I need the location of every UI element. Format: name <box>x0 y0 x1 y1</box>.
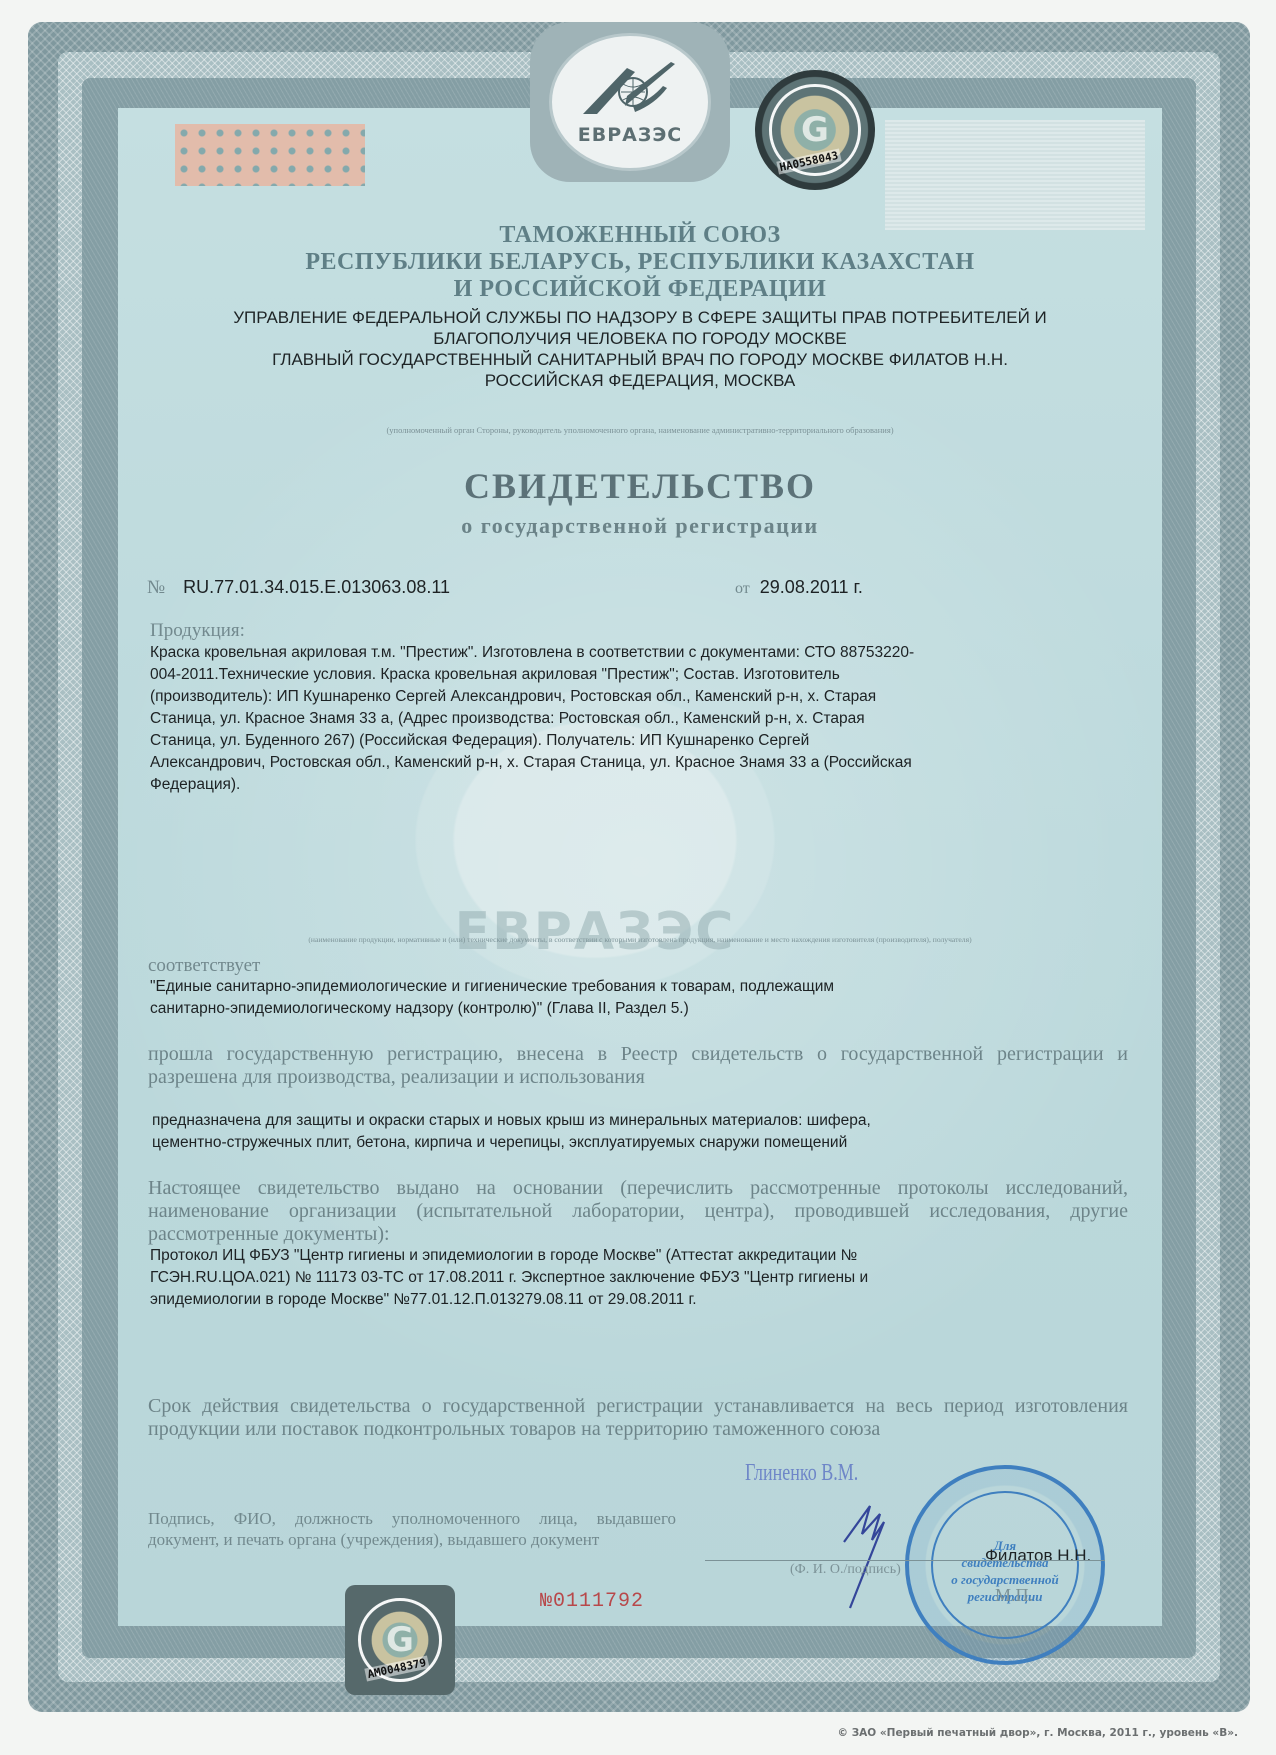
customs-union-header: ТАМОЖЕННЫЙ СОЮЗ РЕСПУБЛИКИ БЕЛАРУСЬ, РЕС… <box>180 222 1100 303</box>
registration-statement: прошла государственную регистрацию, внес… <box>148 1043 1128 1089</box>
seal-label: М.П. <box>995 1585 1033 1606</box>
certificate-number-row: № RU.77.01.34.015.Е.013063.08.11 <box>147 576 450 599</box>
certificate-number: RU.77.01.34.015.Е.013063.08.11 <box>183 576 450 598</box>
signature-line <box>705 1560 1105 1561</box>
basis-documents: Протокол ИЦ ФБУЗ "Центр гигиены и эпидем… <box>150 1245 1130 1311</box>
printer-copyright: © ЗАО «Первый печатный двор», г. Москва,… <box>838 1727 1238 1739</box>
document-title: СВИДЕТЕЛЬСТВО <box>300 465 980 507</box>
hologram-seal-top: G НА0558043 <box>755 70 875 190</box>
product-purpose: предназначена для защиты и окраски стары… <box>152 1110 1132 1154</box>
eurasec-logo-text: ЕВРАЗЭС <box>578 124 682 146</box>
signer-caption: (Ф. И. О./подпись) <box>790 1562 901 1578</box>
product-caption: (наименование продукции, нормативные и (… <box>145 935 1135 944</box>
conforms-requirements: "Единые санитарно-эпидемиологические и г… <box>150 976 1130 1020</box>
security-pattern-patch <box>175 124 365 186</box>
security-grid-patch <box>885 120 1145 230</box>
certificate-date: 29.08.2011 г. <box>760 576 863 598</box>
basis-statement: Настоящее свидетельство выдано на основа… <box>148 1177 1128 1246</box>
issuing-authority: УПРАВЛЕНИЕ ФЕДЕРАЛЬНОЙ СЛУЖБЫ ПО НАДЗОРУ… <box>150 307 1130 391</box>
eurasec-logo: ЕВРАЗЭС <box>549 33 711 171</box>
conforms-label: соответствует <box>148 955 260 977</box>
product-label: Продукция: <box>150 620 245 642</box>
eurasec-emblem-icon <box>575 58 685 122</box>
product-description: Краска кровельная акриловая т.м. "Прести… <box>150 642 1130 796</box>
certificate-date-row: от 29.08.2011 г. <box>735 576 863 598</box>
hologram-seal-bottom: G АМ0048379 <box>345 1585 455 1695</box>
document-subtitle: о государственной регистрации <box>300 513 980 539</box>
validity-statement: Срок действия свидетельства о государств… <box>148 1395 1128 1441</box>
eurasec-logo-badge: ЕВРАЗЭС <box>530 22 730 182</box>
date-label: от <box>735 580 750 598</box>
authority-caption: (уполномоченный орган Стороны, руководит… <box>150 425 1130 435</box>
form-number: №0111792 <box>540 1590 644 1613</box>
signature-caption: Подпись, ФИО, должность уполномоченного … <box>148 1508 676 1550</box>
number-label: № <box>147 577 165 599</box>
deputy-name: Глиненко В.М. <box>745 1460 858 1487</box>
handwritten-signature-icon <box>840 1500 920 1610</box>
signer-name: Филатов Н.Н. <box>985 1545 1091 1567</box>
